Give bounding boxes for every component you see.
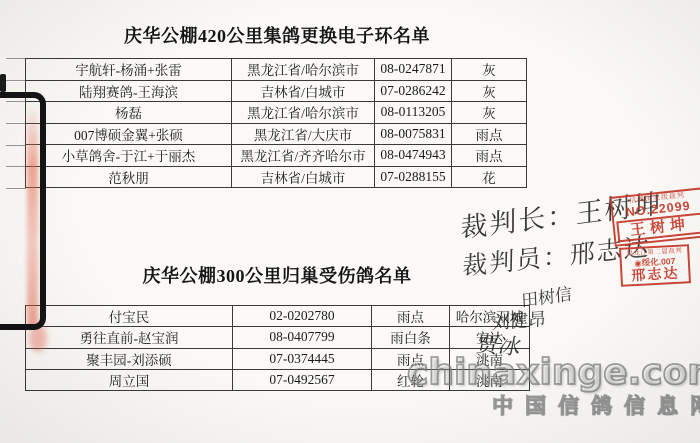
table-cell: 黑龙江省/哈尔滨市 [232,102,375,124]
table-cell: 08-0075831 [375,123,452,145]
table-cell: 雨点 [452,123,527,145]
table-row: 付宝民 02-0202780 雨点 哈尔滨双城 [26,306,530,327]
table-cell: 小草鸽舍-于江+于丽杰 [26,145,232,167]
row-line-stub [6,58,26,59]
table-cell: 雨点 [372,348,450,369]
watermark-site-name: 中国信鸽信息网 [492,390,700,420]
table-row: 小草鸽舍-于江+于丽杰 黑龙江省/齐齐哈尔市 08-0474943 雨点 [26,145,527,167]
table-cell: 08-0247871 [375,59,452,81]
table-row: 杨磊 黑龙江省/哈尔滨市 08-0113205 灰 [26,102,527,124]
table-cell: 07-0286242 [375,80,452,102]
table-cell: 杨磊 [26,102,232,124]
table-cell: 雨点 [372,306,450,327]
table-cell: 灰 [452,59,527,81]
table-cell: 07-0288155 [375,166,452,188]
table-row: 范秋朋 吉林省/白城市 07-0288155 花 [26,166,527,188]
seal-name: 邢志达 [624,265,687,283]
table-cell: 范秋朋 [26,166,232,188]
ring-replacement-table: 宇航轩-杨涌+张雷 黑龙江省/哈尔滨市 08-0247871 灰 陆翔赛鸽-王海… [25,58,527,188]
table-row: 勇往直前-赵宝润 08-0407799 雨白条 安达 [26,327,530,348]
table1-title: 庆华公棚420公里集鸽更换电子环名单 [25,22,529,48]
table-cell: 黑龙江省/哈尔滨市 [232,59,375,81]
handwritten-signature-3: 贾冰 [474,328,524,362]
table-cell: 007博硕金翼+张硕 [26,123,232,145]
binder-clip-edge [0,92,46,330]
table-cell: 雨点 [452,145,527,167]
table-cell: 08-0474943 [375,145,452,167]
table-cell: 08-0407799 [233,327,372,348]
table-row: 周立国 07-0492567 红轮 洮南 [26,369,530,390]
table-cell: 灰 [452,102,527,124]
table2-title: 庆华公棚300公里归巢受伤鸽名单 [25,262,529,288]
table-cell: 07-0492567 [233,369,372,390]
table-row: 宇航轩-杨涌+张雷 黑龙江省/哈尔滨市 08-0247871 灰 [26,59,527,81]
judge-seal-xingzhida: 黑龙江第二届裁判 ◉绥化.007 邢志达 [619,244,691,286]
table-cell: 吉林省/白城市 [232,166,375,188]
table-row: 聚丰园-刘添硕 07-0374445 雨点 洮南 [26,348,530,369]
table-cell: 陆翔赛鸽-王海滨 [26,80,232,102]
table-cell: 付宝民 [26,306,233,327]
table-cell: 07-0374445 [233,348,372,369]
table-cell: 02-0202780 [233,306,372,327]
row-line-stub [6,80,26,81]
table-row: 007博硕金翼+张硕 黑龙江省/大庆市 08-0075831 雨点 [26,123,527,145]
table-cell: 黑龙江省/齐齐哈尔市 [232,145,375,167]
table-cell: 周立国 [26,369,233,390]
table-cell: 08-0113205 [375,102,452,124]
table-row: 陆翔赛鸽-王海滨 吉林省/白城市 07-0286242 灰 [26,80,527,102]
table-cell: 勇往直前-赵宝润 [26,327,233,348]
table-cell: 洮南 [450,369,530,390]
table-cell: 雨白条 [372,327,450,348]
judge-seal-wangshukun: 信鸽国家级裁判 NO.22099 王树坤 [610,187,700,247]
table-cell: 吉林省/白城市 [232,80,375,102]
table-cell: 花 [452,166,527,188]
table-cell: 宇航轩-杨涌+张雷 [26,59,232,81]
edge-speck [0,74,6,92]
table-cell: 红轮 [372,369,450,390]
table-cell: 灰 [452,80,527,102]
injured-returned-table: 付宝民 02-0202780 雨点 哈尔滨双城 勇往直前-赵宝润 08-0407… [25,305,530,391]
table-cell: 聚丰园-刘添硕 [26,348,233,369]
table-cell: 黑龙江省/大庆市 [232,123,375,145]
